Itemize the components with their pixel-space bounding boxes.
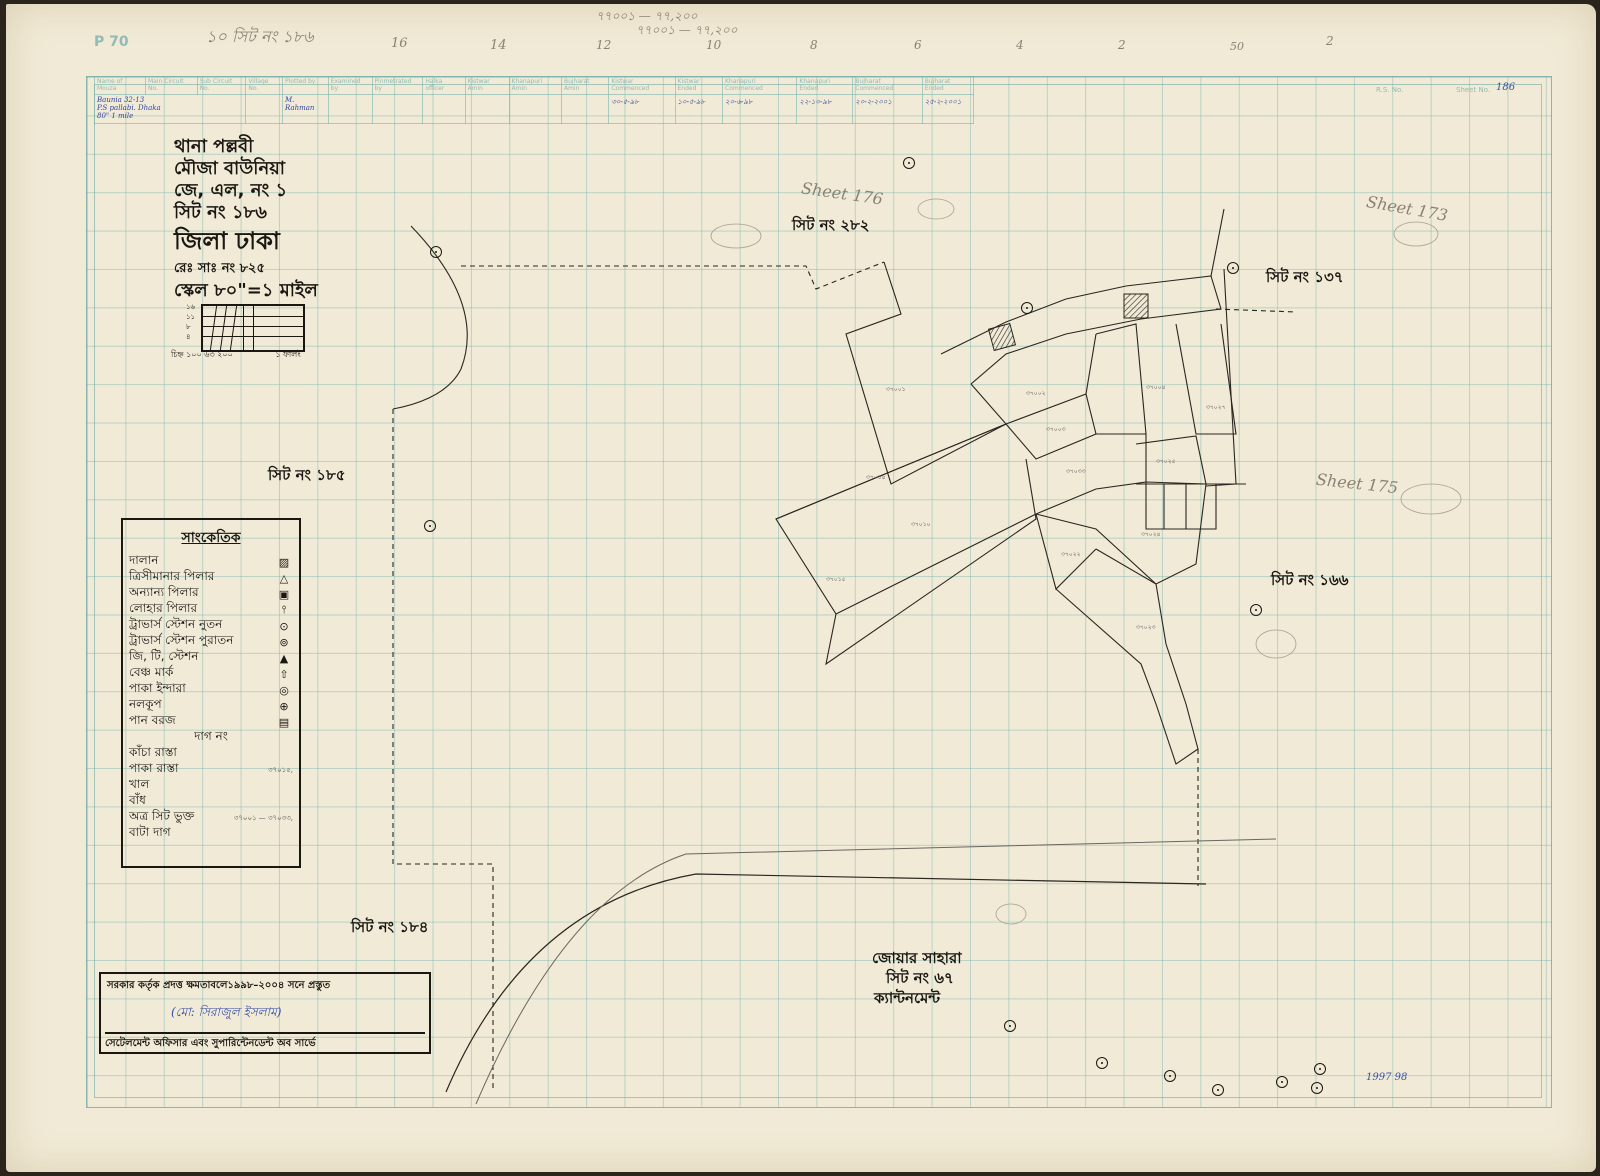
map-sheet: P 70 ১০ সিট নং ১৮৬ ৭৭০০১ — ৭৭,২০০ ৭৭০০১ … bbox=[6, 4, 1596, 1172]
plot-number: ৩৭০০৪ bbox=[1146, 382, 1166, 393]
sheet-label-north: সিট নং ২৮২ bbox=[792, 214, 869, 239]
traverse-station-icon bbox=[424, 520, 436, 532]
traverse-station-icon bbox=[1212, 1084, 1224, 1096]
traverse-station-icon bbox=[1276, 1076, 1288, 1088]
plot-number: ৩৭০১০ bbox=[911, 519, 931, 530]
plot-number: ৩৭০২৪ bbox=[1141, 529, 1161, 540]
traverse-station-icon bbox=[1021, 302, 1033, 314]
sheet-label-south-west: সিট নং ১৮৪ bbox=[351, 916, 428, 941]
cadastral-map-drawing bbox=[6, 4, 1596, 1172]
plot-number: ৩৭০০৩ bbox=[1046, 424, 1066, 435]
traverse-station-icon bbox=[1314, 1063, 1326, 1075]
traverse-station-icon bbox=[1250, 604, 1262, 616]
plot-number: ৩৭০২৩ bbox=[1136, 622, 1156, 633]
plot-number: ৩৭০৩৩ bbox=[1066, 466, 1086, 477]
traverse-station-icon bbox=[430, 246, 442, 258]
plot-number: ৩৭০১৫ bbox=[826, 574, 846, 585]
traverse-station-icon bbox=[1004, 1020, 1016, 1032]
traverse-station-icon bbox=[1311, 1082, 1323, 1094]
sheet-label-west: সিট নং ১৮৫ bbox=[268, 464, 345, 489]
plot-number: ৩৭০১৪ bbox=[866, 472, 886, 483]
sheet-label-east: সিট নং ১৬৬ bbox=[1271, 569, 1348, 594]
sheet-label-north-east: সিট নং ১৩৭ bbox=[1266, 266, 1343, 291]
sheet-label-south-area: ক্যান্টনমেন্ট bbox=[874, 987, 940, 1012]
traverse-station-icon bbox=[1096, 1057, 1108, 1069]
plot-number: ৩৭০২৭ bbox=[1206, 402, 1226, 413]
plot-number: ৩৭০০১ bbox=[886, 384, 906, 395]
plot-number: ৩৭০০২ bbox=[1026, 388, 1046, 399]
plot-number: ৩৭০২৫ bbox=[1156, 456, 1176, 467]
traverse-station-icon bbox=[1227, 262, 1239, 274]
plot-number: ৩৭০২২ bbox=[1061, 549, 1081, 560]
traverse-station-icon bbox=[1164, 1070, 1176, 1082]
traverse-station-icon bbox=[903, 157, 915, 169]
